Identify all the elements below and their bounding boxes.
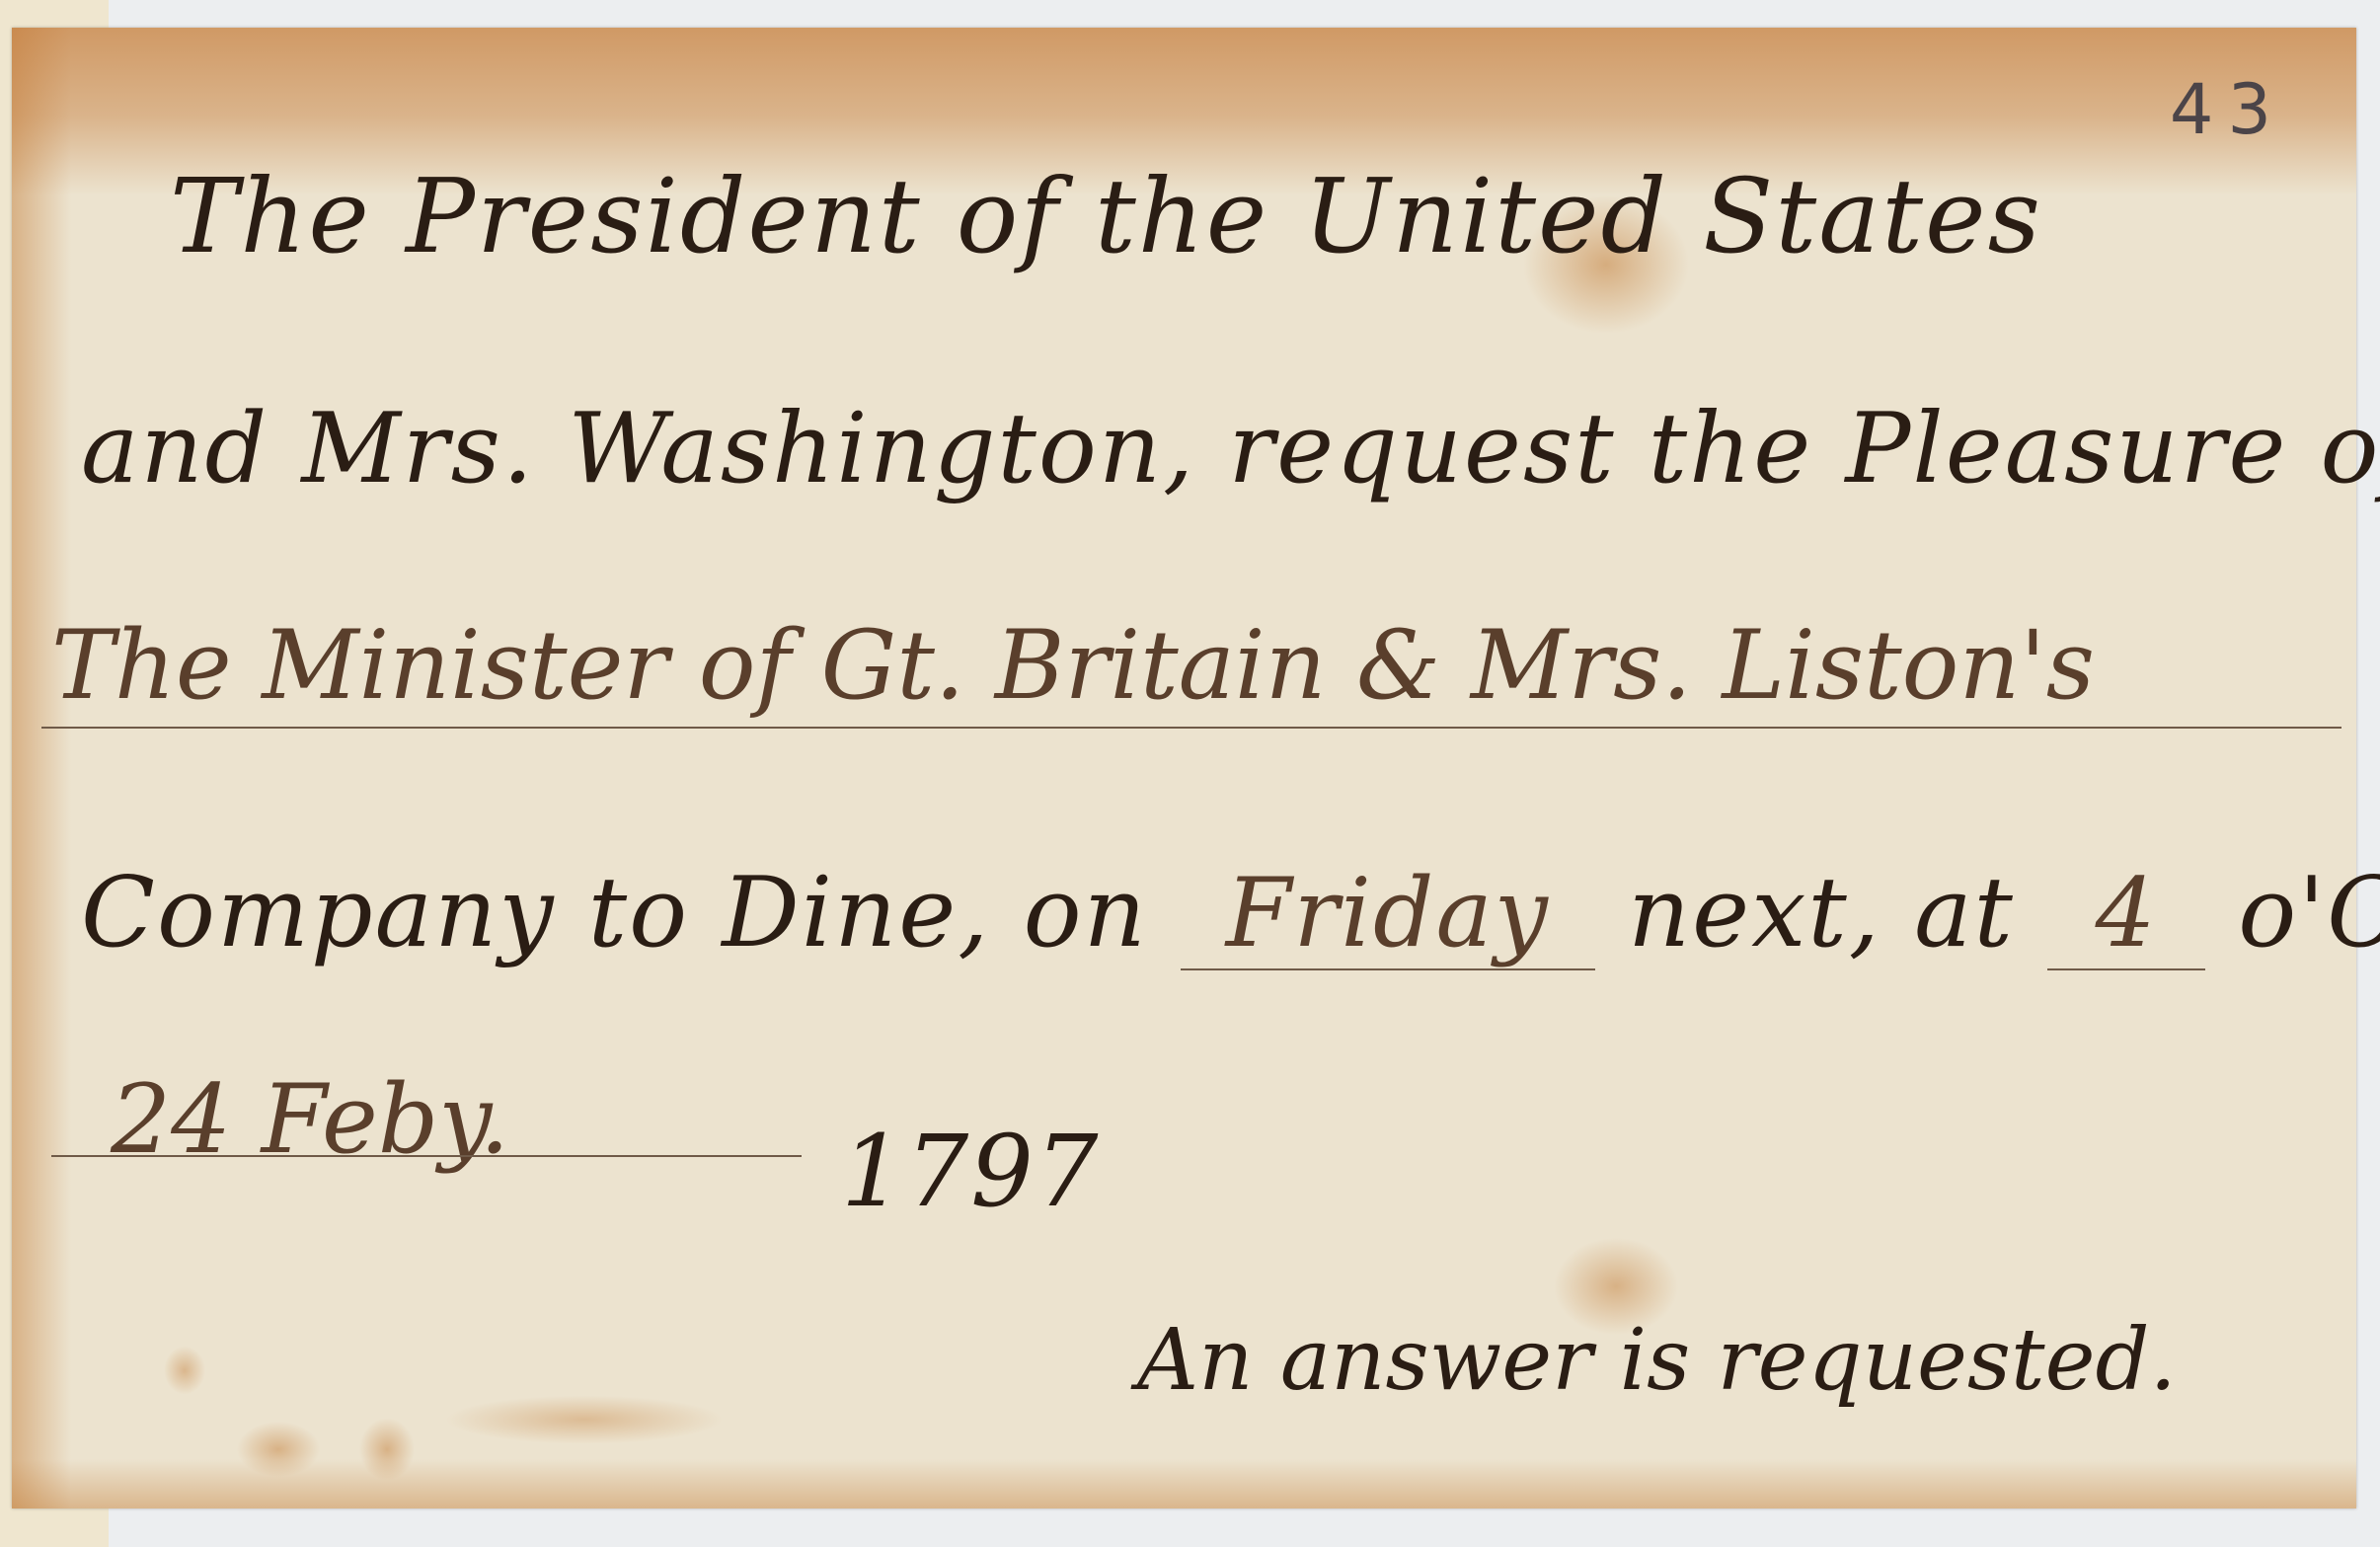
invitation-line-4: Company to Dine, on Friday next, at 4 o'… bbox=[81, 857, 2380, 970]
guest-name-underline bbox=[41, 727, 2342, 729]
invitation-line-2: and Mrs. Washington, request the Pleasur… bbox=[81, 393, 2380, 505]
next-at-text: next, at bbox=[1628, 857, 2015, 969]
hour-handwritten: 4 bbox=[2047, 858, 2205, 970]
year: 1797 bbox=[841, 1114, 1101, 1229]
date-handwritten: 24 Feby. bbox=[111, 1064, 509, 1175]
answer-requested-note: An answer is requested. bbox=[1137, 1311, 2177, 1410]
date-underline bbox=[51, 1155, 802, 1157]
company-to-dine-text: Company to Dine, on bbox=[81, 857, 1148, 969]
oclock-text: o'Clock. bbox=[2238, 857, 2380, 969]
archive-number: 43 bbox=[2170, 69, 2285, 150]
day-handwritten: Friday bbox=[1181, 858, 1595, 970]
guest-name-handwritten: The Minister of Gt. Britain & Mrs. Listo… bbox=[51, 610, 2095, 721]
invitation-line-1: The President of the United States bbox=[170, 156, 2042, 276]
invitation-card: 43 The President of the United States an… bbox=[12, 28, 2356, 1508]
